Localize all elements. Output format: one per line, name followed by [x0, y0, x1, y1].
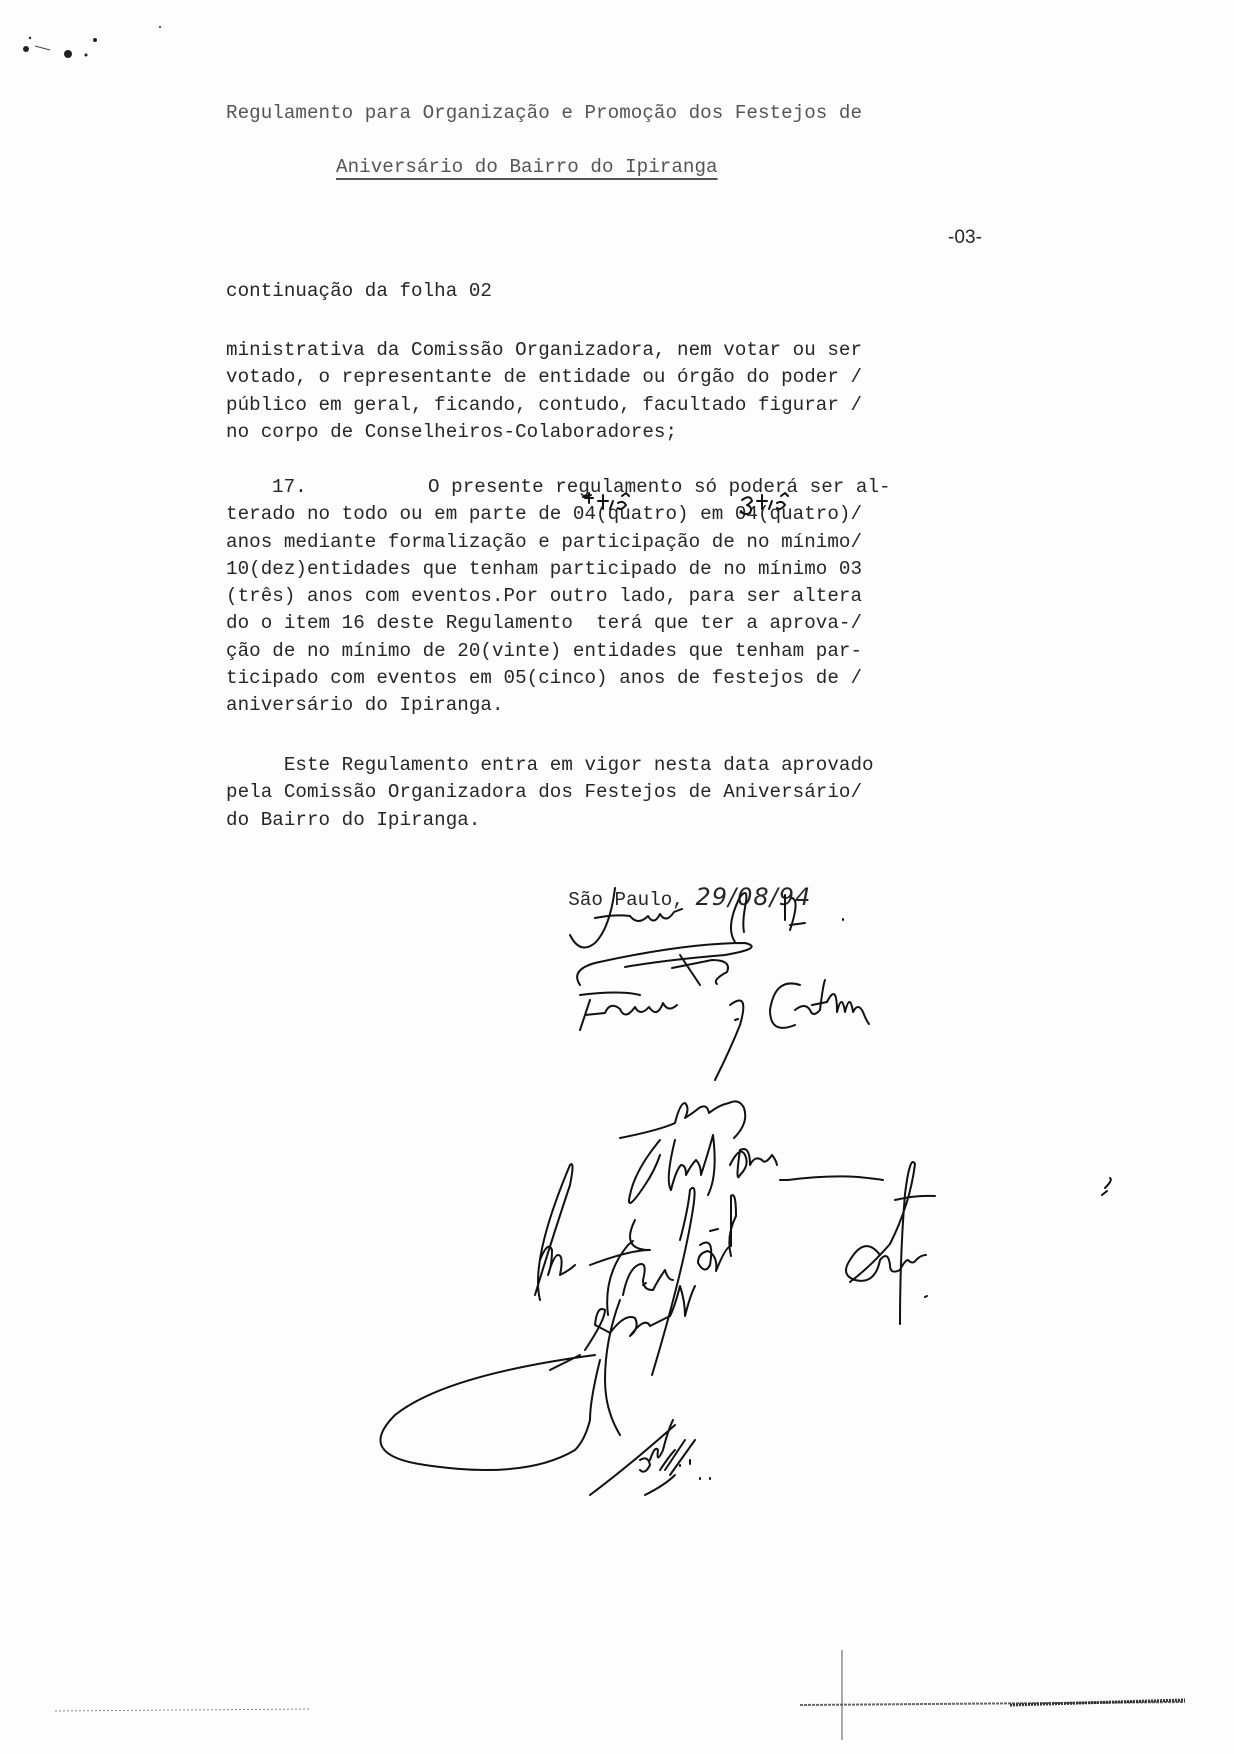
- paragraph-line: ção de no mínimo de 20(vinte) entidades …: [226, 638, 891, 665]
- paragraph-line: Este Regulamento entra em vigor nesta da…: [226, 752, 874, 779]
- paragraph-continuation: ministrativa da Comissão Organizadora, n…: [226, 337, 862, 446]
- place-date: São Paulo, 29/08/94: [522, 858, 811, 939]
- scan-artifacts: [23, 26, 161, 58]
- paragraph-line: terado no todo ou em parte de 04(quatro)…: [226, 501, 891, 528]
- closing-paragraph: Este Regulamento entra em vigor nesta da…: [226, 752, 874, 834]
- paragraph-line: 10(dez)entidades que tenham participado …: [226, 556, 891, 583]
- signature-5: [380, 1286, 695, 1470]
- paragraph-line: O presente regulamento só poderá ser al-: [226, 474, 891, 501]
- page-number: -03-: [948, 225, 982, 251]
- paragraph-line: aniversário do Ipiranga.: [226, 692, 891, 719]
- paragraph-line: (três) anos com eventos.Por outro lado, …: [226, 583, 891, 610]
- paragraph-line: votado, o representante de entidade ou ó…: [226, 364, 862, 391]
- paragraph-line: no corpo de Conselheiros-Colaboradores;: [226, 419, 862, 446]
- paragraph-line: do o item 16 deste Regulamento terá que …: [226, 610, 891, 637]
- continuation-note: continuação da folha 02: [226, 278, 492, 304]
- paragraph-line: do Bairro do Ipiranga.: [226, 807, 874, 834]
- item-17-paragraph: O presente regulamento só poderá ser al-…: [226, 474, 891, 720]
- signature-6: [590, 1420, 710, 1495]
- document-title-line-1: Regulamento para Organização e Promoção …: [226, 100, 862, 126]
- paragraph-line: anos mediante formalização e participaçã…: [226, 529, 891, 556]
- signature-4: [535, 1162, 1111, 1375]
- paragraph-line: público em geral, ficando, contudo, facu…: [226, 392, 862, 419]
- paragraph-line: ticipado com eventos em 05(cinco) anos d…: [226, 665, 891, 692]
- document-page: Regulamento para Organização e Promoção …: [0, 0, 1234, 1754]
- paragraph-line: pela Comissão Organizadora dos Festejos …: [226, 779, 874, 806]
- signature-2: [577, 943, 869, 1080]
- handwritten-date: 29/08/94: [695, 883, 811, 911]
- document-title-line-2: Aniversário do Bairro do Ipiranga: [336, 154, 718, 180]
- signature-3: [620, 1101, 883, 1203]
- place: São Paulo,: [568, 889, 695, 911]
- paragraph-line: ministrativa da Comissão Organizadora, n…: [226, 337, 862, 364]
- bottom-scan-lines: [55, 1650, 1185, 1740]
